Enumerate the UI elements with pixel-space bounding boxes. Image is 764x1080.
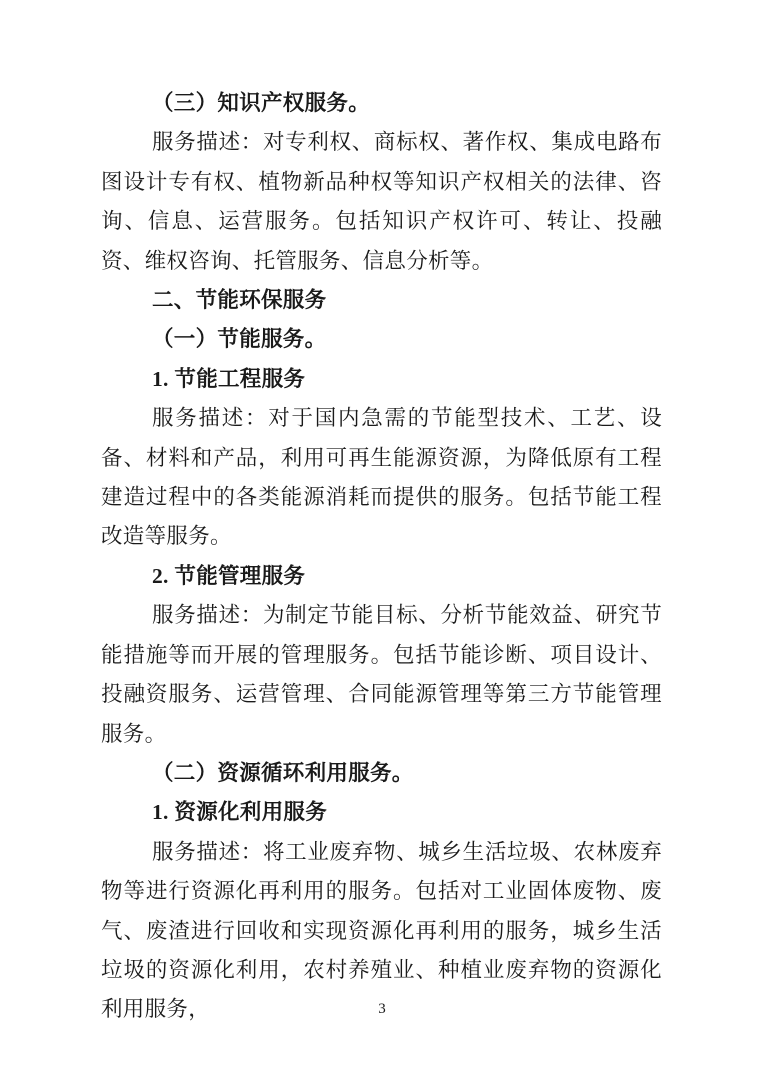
section-heading-resource-recycling: （二）资源循环利用服务。 [101,754,662,793]
page-number: 3 [0,1001,764,1018]
subheading-energy-management: 2. 节能管理服务 [101,557,662,596]
subheading-resource-utilization: 1. 资源化利用服务 [101,793,662,832]
document-page: （三）知识产权服务。 服务描述：对专利权、商标权、著作权、集成电路布图设计专有权… [0,0,764,1080]
paragraph-energy-engineering-desc: 服务描述：对于国内急需的节能型技术、工艺、设备、材料和产品，利用可再生能源资源，… [101,399,662,557]
section-heading-ip-services: （三）知识产权服务。 [101,84,662,123]
subheading-energy-engineering: 1. 节能工程服务 [101,360,662,399]
paragraph-energy-management-desc: 服务描述：为制定节能目标、分析节能效益、研究节能措施等而开展的管理服务。包括节能… [101,596,662,754]
section-heading-energy-saving: （一）节能服务。 [101,320,662,359]
document-body: （三）知识产权服务。 服务描述：对专利权、商标权、著作权、集成电路布图设计专有权… [101,84,662,1030]
chapter-heading-energy-env-services: 二、节能环保服务 [101,281,662,320]
paragraph-ip-services-description: 服务描述：对专利权、商标权、著作权、集成电路布图设计专有权、植物新品种权等知识产… [101,123,662,281]
